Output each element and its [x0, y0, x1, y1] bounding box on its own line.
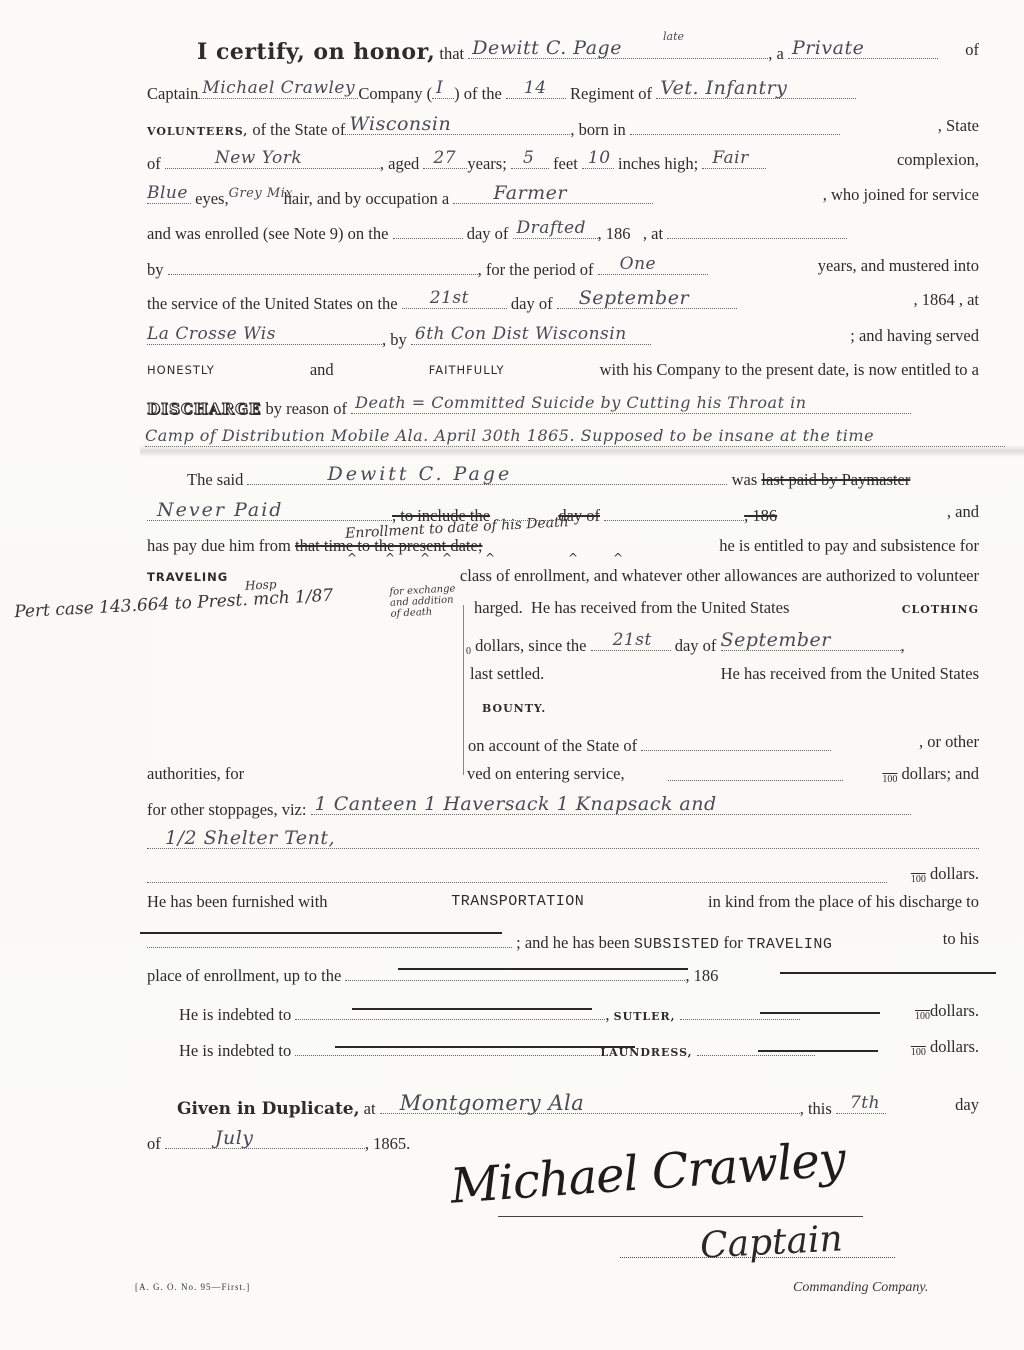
discharge-reason-field: Death = Committed Suicide by Cutting his… — [351, 395, 911, 414]
captain-name-field: Michael Crawley — [198, 80, 358, 99]
sutler-line: He is indebted to , SUTLER, 100dollars. — [147, 1001, 979, 1027]
stoppages-items-cont: 1/2 Shelter Tent, — [165, 828, 335, 848]
cents-fraction: 100 — [915, 1011, 930, 1022]
company-letter: I — [436, 78, 443, 98]
stoppages-cont-line: 1/2 Shelter Tent, — [147, 830, 979, 854]
label-by: by — [147, 260, 164, 279]
label-period: , for the period of — [478, 260, 594, 279]
label-feet: feet — [553, 154, 578, 173]
label-last-paid-struck: last paid by Paymaster — [761, 470, 910, 489]
muster-place-field: La Crosse Wis — [147, 326, 382, 345]
discharge-reason-cont: Camp of Distribution Mobile Ala. April 3… — [145, 426, 874, 446]
label-place-enrollment: place of enrollment, up to the — [147, 966, 341, 985]
label-bounty: BOUNTY. — [482, 702, 546, 715]
label-of: of — [147, 154, 161, 173]
label-honestly: HONESTLY — [147, 360, 215, 380]
label-of-state: of the State of — [252, 120, 345, 139]
given-day: 7th — [850, 1093, 880, 1113]
enrollment-date-field — [345, 962, 685, 981]
discharge-line: DISCHARGE by reason of Death = Committed… — [147, 395, 979, 419]
caret-mark: ^ — [385, 551, 395, 565]
label-joined: , who joined for service — [823, 185, 979, 205]
stoppages-cont-field: 1/2 Shelter Tent, — [147, 830, 979, 849]
enrollment-place-line: place of enrollment, up to the , 186 — [147, 962, 979, 986]
label-stoppages: for other stoppages, viz: — [147, 800, 306, 819]
mustering-officer-field: 6th Con Dist Wisconsin — [411, 326, 651, 345]
said-line: The said Dewitt C. Page was last paid by… — [147, 466, 979, 490]
given-place-field: Montgomery Ala — [380, 1095, 800, 1114]
bounty-dollars: 100 dollars; and — [882, 764, 979, 790]
captain-line: CaptainMichael CrawleyCompany (I) of the… — [147, 80, 979, 104]
margin-note-side: for exchange and addition of death — [389, 583, 461, 620]
label-aged: , aged — [380, 154, 419, 173]
label-born-in: , born in — [570, 120, 625, 139]
soldier-name-field: Dewitt C. Page — [468, 40, 768, 59]
label-a: , a — [768, 44, 784, 63]
label-last-settled: last settled. — [470, 664, 544, 684]
stoppages-dollars: 100 dollars. — [911, 864, 979, 890]
label-years-mustered: years, and mustered into — [818, 256, 979, 276]
given-month: July — [215, 1128, 254, 1148]
sutler-name-field — [295, 1001, 605, 1020]
laundress-dollars: 100 dollars. — [911, 1037, 979, 1063]
label-years: years; — [467, 154, 506, 173]
label-transportation: TRANSPORTATION — [451, 892, 584, 912]
given-line: Given in Duplicate, at Montgomery Ala, t… — [147, 1095, 979, 1119]
struck-line — [760, 1012, 880, 1014]
period: One — [620, 254, 656, 274]
title-line — [620, 1256, 895, 1258]
cents-fraction: 100 — [882, 774, 897, 785]
label-by-reason: by reason of — [265, 399, 347, 418]
label-eyes: eyes, — [195, 189, 228, 208]
rank: Private — [792, 38, 864, 58]
label-discharge-to: in kind from the place of his discharge … — [708, 892, 979, 912]
bounty-amount-line — [668, 780, 843, 781]
label-year: , 186 — [685, 966, 718, 985]
birth-state-field: New York — [165, 150, 380, 169]
complexion-field: Fair — [702, 150, 766, 169]
birth-state: New York — [215, 148, 302, 168]
label-authorities: authorities, for — [147, 764, 244, 783]
struck-line — [335, 1046, 635, 1048]
label-day-of: day of — [675, 636, 717, 655]
label-received: He has received from the United States — [531, 598, 789, 617]
label-subsisted: SUBSISTED — [634, 936, 720, 953]
caret-mark: ^ — [347, 551, 357, 565]
muster-line: the service of the United States on the … — [147, 290, 979, 314]
eyes: Blue — [147, 183, 188, 203]
label-charged: harged. — [474, 598, 523, 617]
label-indebted: He is indebted to — [179, 1041, 291, 1060]
muster-month: September — [579, 288, 689, 308]
label-year-struck: , 186 — [744, 506, 777, 525]
age-field: 27 — [423, 150, 467, 169]
label-received-us: He has received from the United States — [721, 664, 979, 684]
label-pay-due: has pay due him from — [147, 536, 291, 555]
label-of: of — [965, 40, 979, 60]
discharge-reason: Death = Committed Suicide by Cutting his… — [355, 393, 806, 413]
clothing-month-field: September — [721, 632, 901, 651]
laundress-amount-field — [697, 1037, 815, 1056]
label-of-the: ) of the — [454, 84, 502, 103]
given-month-field: July — [165, 1130, 365, 1149]
signature-line — [498, 1216, 863, 1217]
paid-month-field — [604, 502, 744, 521]
label-faithfully: FAITHFULLY — [429, 360, 505, 380]
enrollment-line: and was enrolled (see Note 9) on the day… — [147, 220, 979, 244]
label-dollars-and: dollars; and — [902, 764, 979, 783]
label-hair: hair, and by occupation a — [284, 189, 450, 208]
label-traveling-caps: TRAVELING — [747, 936, 833, 953]
label-day: day — [955, 1095, 979, 1115]
eyes-hair-line: Blue eyes,Grey Mixhair, and by occupatio… — [147, 185, 979, 209]
margin-note-insert: Hosp — [245, 577, 277, 593]
label-indebted: He is indebted to — [179, 1005, 291, 1024]
stoppages-line: for other stoppages, viz: 1 Canteen 1 Ha… — [147, 796, 979, 820]
clothing-month: September — [721, 630, 831, 650]
label-furnished: He has been furnished with — [147, 892, 328, 912]
settled-line: last settled. He has received from the U… — [470, 664, 979, 684]
regiment-type-field: Vet. Infantry — [656, 80, 856, 99]
label-entitled-subsistence: he is entitled to pay and subsistence fo… — [719, 536, 979, 556]
occupation: Farmer — [493, 183, 567, 203]
complexion: Fair — [712, 148, 748, 168]
label-day-of: day of — [511, 294, 553, 313]
soldier-name: Dewitt C. Page — [472, 38, 622, 58]
inches-field: 10 — [582, 150, 614, 169]
label-given-duplicate: Given in Duplicate, — [177, 1099, 360, 1119]
birthplace-field — [630, 116, 840, 135]
scan-shadow — [140, 445, 1024, 457]
caret-mark: ^ — [442, 551, 452, 565]
feet: 5 — [523, 148, 534, 168]
muster-place: La Crosse Wis — [147, 324, 276, 344]
pasted-slip — [148, 600, 464, 760]
label-class-enrollment: class of enrollment, and whatever other … — [460, 566, 979, 586]
slip-edge — [463, 605, 464, 775]
label-dollars: dollars. — [930, 1001, 979, 1020]
eyes-field: Blue — [147, 185, 191, 204]
struck-line — [758, 1050, 878, 1052]
bounty-state-field — [641, 732, 831, 751]
label-account-state: on account of the State of — [468, 736, 637, 755]
label-commanding-company: Commanding Company. — [793, 1280, 928, 1296]
label-enrolled: and was enrolled (see Note 9) on the — [147, 224, 388, 243]
clothing-date-line: 0 dollars, since the 21st day of Septemb… — [466, 632, 979, 662]
label-volunteers: VOLUNTEERS, — [147, 125, 248, 138]
mustering-officer: 6th Con Dist Wisconsin — [415, 324, 627, 344]
enroll-month-field: Drafted — [513, 220, 598, 239]
label-served: ; and having served — [850, 326, 979, 346]
label-the-said: The said — [187, 470, 243, 489]
paid-status-field: Never Paid — [147, 502, 392, 521]
certify-heading: I certify, on honor, — [197, 39, 435, 65]
label-discharge: DISCHARGE — [147, 400, 261, 418]
label-regiment-of: Regiment of — [570, 84, 652, 103]
muster-day: 21st — [430, 288, 469, 308]
description-line: of New York, aged 27years; 5 feet 10 inc… — [147, 150, 979, 174]
bounty-line: BOUNTY. — [482, 697, 682, 719]
label-or-other: , or other — [919, 732, 979, 752]
stoppages-total-line: 100 dollars. — [147, 864, 979, 888]
label-day-of: day of — [467, 224, 509, 243]
label-service: the service of the United States on the — [147, 294, 398, 313]
label-traveling: TRAVELING — [147, 570, 228, 584]
label-dollars: dollars. — [930, 1037, 979, 1056]
label-captain: Captain — [147, 84, 198, 103]
occupation-field: Farmer — [453, 185, 653, 204]
label-complexion: complexion, — [897, 150, 979, 170]
stoppages-items: 1 Canteen 1 Haversack 1 Knapsack and — [315, 794, 717, 814]
said-name: Dewitt C. Page — [327, 464, 512, 484]
sutler-dollars: 100dollars. — [915, 1001, 979, 1027]
caret-mark: ^ — [485, 551, 495, 565]
caret-mark: ^ — [420, 551, 430, 565]
struck-line — [398, 968, 688, 970]
muster-day-field: 21st — [402, 290, 507, 309]
age: 27 — [433, 148, 456, 168]
authorities-line: authorities, for ved on entering service… — [147, 764, 979, 784]
fraction-mark: 0 — [466, 646, 471, 657]
clothing-day: 21st — [613, 630, 652, 650]
signature-title: Captain — [699, 1218, 844, 1266]
label-of: of — [147, 1134, 161, 1153]
volunteers-line: VOLUNTEERS, of the State ofWisconsin, bo… — [147, 116, 979, 142]
sutler-amount-field — [680, 1001, 800, 1020]
label-inches: inches high; — [618, 154, 698, 173]
label-that: that — [439, 44, 464, 63]
label-sutler: SUTLER, — [614, 1010, 676, 1023]
label-year: , 186 — [598, 224, 631, 243]
label-dollars-since: dollars, since the — [475, 636, 586, 655]
period-line: by , for the period of One years, and mu… — [147, 256, 979, 280]
clothing-line: harged. He has received from the United … — [474, 598, 979, 618]
stoppages-total-field — [147, 864, 887, 883]
struck-line — [352, 1008, 592, 1010]
given-day-field: 7th — [836, 1095, 886, 1114]
captain-name: Michael Crawley — [202, 78, 355, 98]
said-name-field: Dewitt C. Page — [247, 466, 727, 485]
label-clothing: CLOTHING — [902, 600, 979, 620]
paid-status: Never Paid — [157, 500, 283, 520]
regiment-number: 14 — [524, 78, 547, 98]
label-this: , this — [800, 1099, 832, 1118]
label-by: , by — [382, 330, 407, 349]
certify-line: I certify, on honor, that Dewitt C. Page… — [147, 40, 979, 64]
company-letter-field: I — [432, 80, 454, 99]
muster-year: , 1864 , at — [913, 290, 979, 310]
rank-field: Private — [788, 40, 938, 59]
caret-mark: ^ — [568, 551, 578, 565]
struck-line — [140, 932, 502, 934]
given-place: Montgomery Ala — [400, 1093, 585, 1113]
muster-place-line: La Crosse Wis, by 6th Con Dist Wisconsin… — [147, 326, 979, 350]
clothing-day-field: 21st — [591, 632, 671, 651]
cents-fraction: 100 — [911, 874, 926, 885]
enrolled-by-field — [168, 256, 478, 275]
form-number: [A. G. O. No. 95—First.] — [135, 1282, 250, 1292]
state-account-line: on account of the State of , or other — [468, 732, 979, 756]
caret-mark: ^ — [613, 551, 623, 565]
label-state: , State — [938, 116, 979, 136]
cents-fraction: 100 — [911, 1047, 926, 1058]
label-at: at — [364, 1099, 376, 1118]
hair: Grey Mix — [229, 184, 294, 204]
state: Wisconsin — [349, 114, 451, 134]
label-company: Company ( — [358, 84, 432, 103]
muster-month-field: September — [557, 290, 737, 309]
enroll-day-field — [393, 220, 463, 239]
state-field: Wisconsin — [345, 116, 570, 135]
label-was: was — [732, 470, 758, 489]
label-received-entering: ved on entering service, — [467, 764, 625, 784]
label-entitled: with his Company to the present date, is… — [600, 360, 979, 380]
label-for: for — [724, 933, 743, 952]
transportation-line: He has been furnished with TRANSPORTATIO… — [147, 892, 979, 912]
late-note: late — [663, 30, 684, 43]
stoppages-field: 1 Canteen 1 Haversack 1 Knapsack and — [311, 796, 911, 815]
pay-due-line: has pay due him from that time to the pr… — [147, 536, 979, 556]
label-dollars: dollars. — [930, 864, 979, 883]
regiment-number-field: 14 — [506, 80, 566, 99]
struck-line — [780, 972, 996, 974]
label-and: and — [310, 360, 334, 380]
enroll-month: Drafted — [517, 218, 586, 238]
label-and-been: ; and he has been — [516, 933, 630, 952]
label-at: , at — [643, 224, 663, 243]
period-field: One — [598, 256, 708, 275]
hair-field: Grey Mix — [229, 186, 284, 204]
honestly-line: HONESTLY and FAITHFULLY with his Company… — [147, 360, 979, 380]
label-and: , and — [947, 502, 979, 522]
label-to-his: to his — [943, 929, 979, 949]
given-year: , 1865. — [365, 1134, 410, 1153]
regiment-type: Vet. Infantry — [660, 78, 787, 98]
enroll-place-field — [667, 220, 847, 239]
inches: 10 — [588, 148, 611, 168]
feet-field: 5 — [511, 150, 549, 169]
